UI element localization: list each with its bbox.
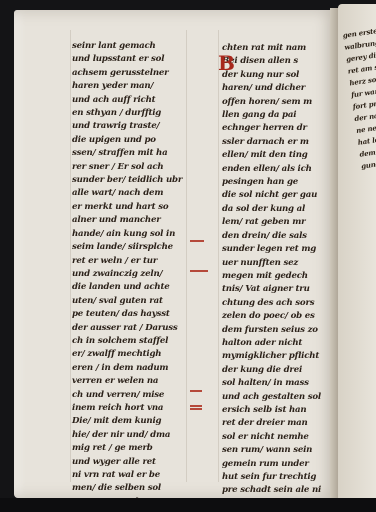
manuscript-line: sunder legen ret mg — [222, 243, 327, 256]
manuscript-line: den drein/ die sals — [222, 230, 327, 243]
manuscript-line: ellen/ mit den ting — [222, 149, 327, 162]
ruling-line — [186, 30, 187, 482]
manuscript-line: ssler darnach er m — [222, 136, 327, 149]
rubric-mark — [190, 405, 202, 407]
manuscript-line: ch und verren/ mise — [72, 389, 182, 402]
manuscript-line: seim lande/ siirsplche — [72, 241, 182, 254]
manuscript-line: da sol der kung al — [222, 203, 327, 216]
manuscript-line: ch in solchem staffel — [72, 335, 182, 348]
manuscript-line: und lupsstant er sol — [72, 53, 182, 66]
manuscript-line: offen horen/ sem m — [222, 96, 327, 109]
manuscript-line: chten rat mit nam — [222, 42, 327, 55]
manuscript-line: verren er welen na — [72, 375, 182, 388]
manuscript-line: und ach gestalten sol — [222, 391, 327, 404]
manuscript-line: tnis/ Vat aigner tru — [222, 283, 327, 296]
manuscript-line: hie/ der nir und/ dma — [72, 429, 182, 442]
manuscript-line: der kung die drei — [222, 364, 327, 377]
manuscript-line: inem reich hort vna — [72, 402, 182, 415]
manuscript-line: men/ die selben sol — [72, 482, 182, 495]
manuscript-line: sen rum/ wann sein — [222, 444, 327, 457]
manuscript-line: hut sein fur trechtig — [222, 471, 327, 484]
ruling-line — [70, 30, 71, 482]
manuscript-line: der ausser rat / Daruss — [72, 322, 182, 335]
manuscript-line: megen mit gedech — [222, 270, 327, 283]
manuscript-line: enden ellen/ als ich — [222, 163, 327, 176]
manuscript-line: Die/ mit dem kunig — [72, 415, 182, 428]
manuscript-line: uer nunfften sez — [222, 257, 327, 270]
manuscript-line: mig ret / ge merb — [72, 442, 182, 455]
manuscript-line: pre schadt sein ale ni — [222, 484, 327, 497]
manuscript-line: pe teuten/ das haysst — [72, 308, 182, 321]
manuscript-line: alner und mancher — [72, 214, 182, 227]
manuscript-line: eren / in dem nadum — [72, 362, 182, 375]
manuscript-line: und ach auff richt — [72, 94, 182, 107]
ruling-line — [218, 30, 219, 482]
manuscript-line: rer sner / Er sol ach — [72, 161, 182, 174]
manuscript-line: sol er nicht nemhe — [222, 431, 327, 444]
left-text-column: seinr lant gemachund lupsstant er solach… — [72, 40, 182, 509]
manuscript-line: haren yeder man/ — [72, 80, 182, 93]
background-shadow — [0, 498, 376, 512]
manuscript-line: chtung des ach sors — [222, 297, 327, 310]
manuscript-line: die upigen und po — [72, 134, 182, 147]
manuscript-line: achsem gerusstelner — [72, 67, 182, 80]
manuscript-line: gemein rum under — [222, 458, 327, 471]
manuscript-line: mymigklicher pflicht — [222, 350, 327, 363]
manuscript-line: und wyger alle ret — [72, 456, 182, 469]
manuscript-line: pesingen han ge — [222, 176, 327, 189]
manuscript-line: en sthyan / durfftig — [72, 107, 182, 120]
manuscript-line: hande/ ain kung sol in — [72, 228, 182, 241]
rubric-mark — [190, 390, 202, 392]
manuscript-line: die sol nicht ger gau — [222, 189, 327, 202]
rubric-mark — [190, 408, 202, 410]
manuscript-line: echnger herren dr — [222, 122, 327, 135]
manuscript-line: er merkt und hart so — [72, 201, 182, 214]
manuscript-line: alle wart/ nach dem — [72, 187, 182, 200]
manuscript-line: ret der dreier man — [222, 417, 327, 430]
manuscript-line: und trawrig traste/ — [72, 120, 182, 133]
manuscript-line: die landen und achte — [72, 281, 182, 294]
manuscript-line: haren/ und dicher — [222, 82, 327, 95]
rubric-mark — [190, 240, 204, 242]
manuscript-line: ssen/ straffen mit ha — [72, 147, 182, 160]
manuscript-line: Bei disen allen s — [222, 55, 327, 68]
manuscript-line: ret er weln / er tur — [72, 255, 182, 268]
rubric-mark — [190, 270, 208, 272]
manuscript-line: der kung nur sol — [222, 69, 327, 82]
manuscript-line: ni vrn rat wal er be — [72, 469, 182, 482]
manuscript-line: llen gang da pai — [222, 109, 327, 122]
manuscript-line: uten/ sval guten rat — [72, 295, 182, 308]
manuscript-line: sol halten/ in mass — [222, 377, 327, 390]
manuscript-line: seinr lant gemach — [72, 40, 182, 53]
manuscript-line: und zwainczig zeln/ — [72, 268, 182, 281]
manuscript-line: sunder ber/ teidlich ubr — [72, 174, 182, 187]
manuscript-line: zelen do poec/ ob es — [222, 310, 327, 323]
manuscript-line: er/ zwalff mechtigh — [72, 348, 182, 361]
right-text-column: chten rat mit namBei disen allen sder ku… — [222, 42, 327, 511]
rubricated-initial: B — [218, 51, 235, 75]
manuscript-line: dem fursten seius zo — [222, 324, 327, 337]
manuscript-line: halton ader nicht — [222, 337, 327, 350]
manuscript-line: lem/ rat geben mr — [222, 216, 327, 229]
manuscript-line: ersich selb ist han — [222, 404, 327, 417]
